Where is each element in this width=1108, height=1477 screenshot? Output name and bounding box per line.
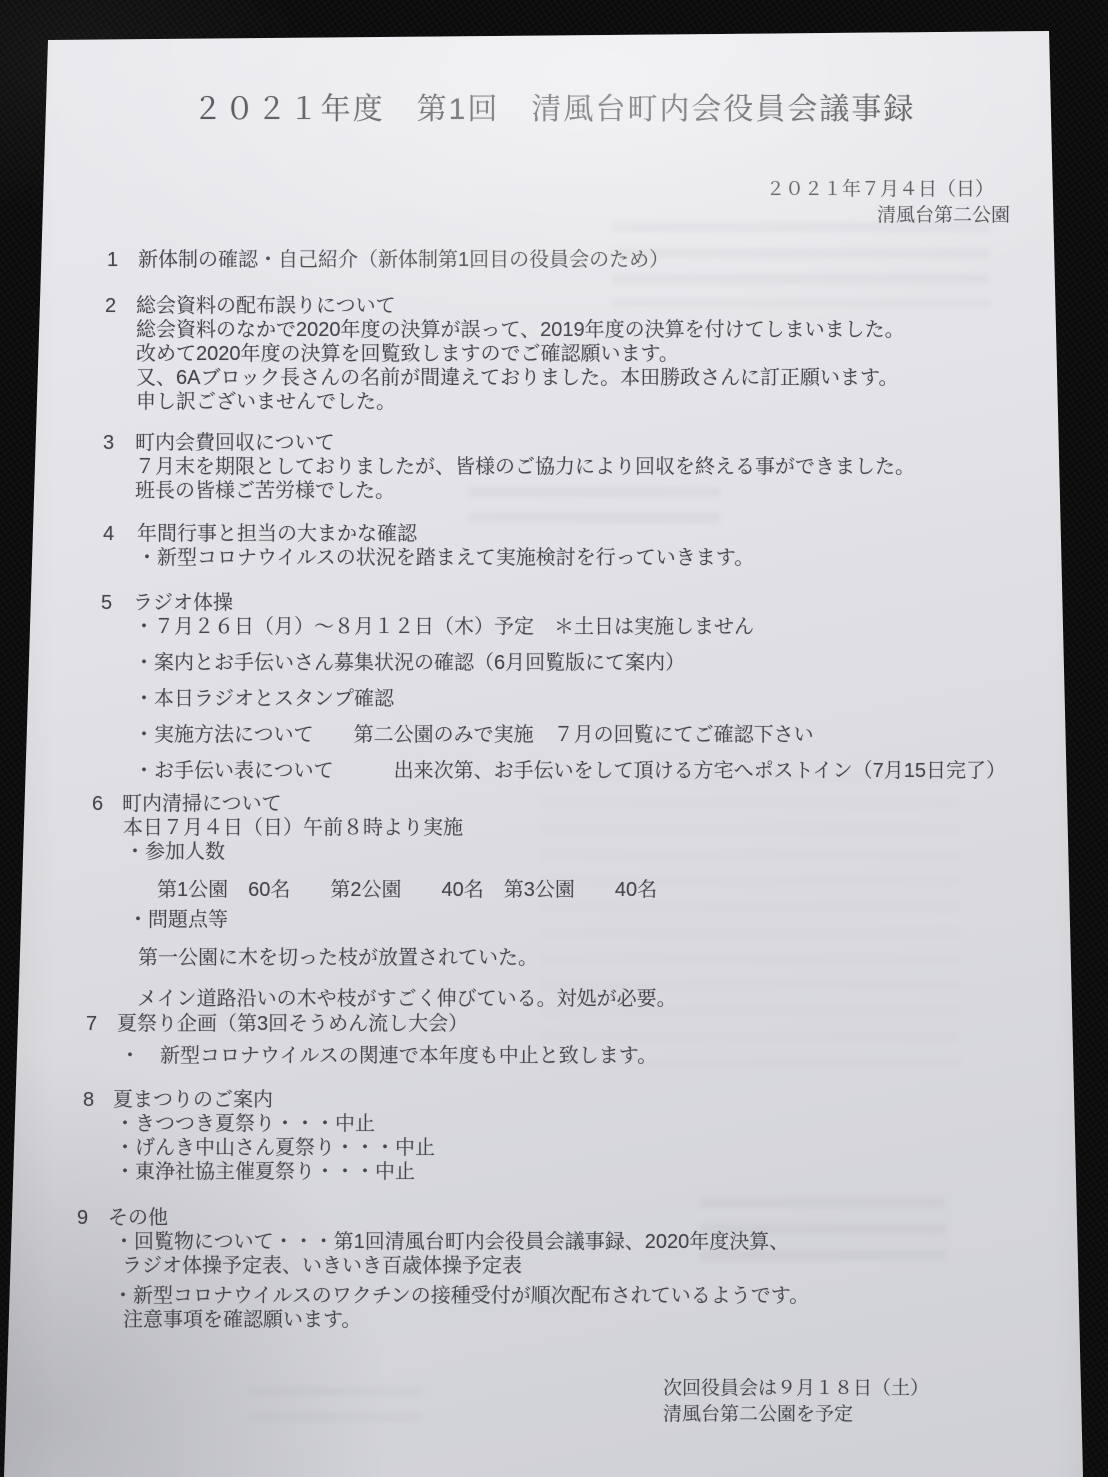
section-number: 8 [83, 1088, 94, 1112]
next-meeting-note: 次回役員会は９月１８日（土） 清風台第二公園を予定 [663, 1376, 929, 1428]
section-line: ・ 新型コロナウイルスの関連で本年度も中止と致します。 [120, 1044, 1026, 1068]
section-line: 第1公園 60名 第2公園 40名 第3公園 40名 [157, 878, 1032, 902]
section-1: 1 新体制の確認・自己紹介（新体制第1回目の役員会のため） [107, 248, 1047, 272]
section-line: ・実施方法について 第二公園のみで実施 ７月の回覧にてご確認下さい [134, 723, 1041, 747]
next-meeting-location: 清風台第二公園を予定 [663, 1402, 929, 1428]
section-number: 7 [86, 1012, 97, 1036]
section-line: ・問題点等 [128, 908, 1032, 932]
section-line: ・案内とお手伝いさん募集状況の確認（6月回覧版にて案内） [134, 651, 1041, 675]
section-title: 夏祭り企画（第3回そうめん流し大会） [117, 1012, 1026, 1036]
section-number: 5 [101, 591, 112, 615]
section-line: ・新型コロナウイルスのワクチンの接種受付が順次配布されているようです。 [113, 1284, 1017, 1308]
section-number: 1 [107, 248, 118, 272]
section-5: 5 ラジオ体操 ・７月２６日（月）～８月１２日（木）予定 ＊土日は実施しません … [101, 591, 1041, 783]
photo-background: ２０２１年度 第1回 清風台町内会役員会議事録 ２０２１年７月４日（日） 清風台… [0, 0, 1108, 1477]
section-line: ・お手伝い表について 出来次第、お手伝いをして頂ける方宅へポストイン（7月15日… [134, 759, 1041, 783]
document-content: ２０２１年度 第1回 清風台町内会役員会議事録 ２０２１年７月４日（日） 清風台… [0, 0, 1108, 1477]
section-line: メイン道路沿いの木や枝がすごく伸びている。対処が必要。 [137, 987, 1032, 1011]
section-line: 総会資料のなかで2020年度の決算が誤って、2019年度の決算を付けてしまいまし… [136, 318, 1045, 342]
section-title: 町内清掃について [122, 792, 1032, 816]
section-line: 班長の皆様ご苦労様でした。 [135, 479, 1043, 503]
section-7: 7 夏祭り企画（第3回そうめん流し大会） ・ 新型コロナウイルスの関連で本年度も… [86, 1012, 1026, 1068]
section-title: 町内会費回収について [135, 431, 1043, 455]
section-title: 夏まつりのご案内 [113, 1088, 1023, 1112]
section-line: 本日７月４日（日）午前８時より実施 [123, 816, 1032, 840]
section-number: 3 [103, 431, 114, 455]
section-title: その他 [108, 1206, 1017, 1230]
section-title: ラジオ体操 [133, 591, 1041, 615]
section-line: 改めて2020年度の決算を回覧致しますのでご確認願います。 [136, 342, 1045, 366]
paper-sheet: ２０２１年度 第1回 清風台町内会役員会議事録 ２０２１年７月４日（日） 清風台… [0, 0, 1108, 1477]
section-line: ・きつつき夏祭り・・・中止 [115, 1112, 1023, 1136]
section-4: 4 年間行事と担当の大まかな確認 ・新型コロナウイルスの状況を踏まえて実施検討を… [103, 522, 1043, 570]
section-line: 又、6Aブロック長さんの名前が間違えておりました。本田勝政さんに訂正願います。 [136, 366, 1045, 390]
meeting-date: ２０２１年７月４日（日） [600, 177, 994, 203]
section-line: ・７月２６日（月）～８月１２日（木）予定 ＊土日は実施しません [134, 615, 1041, 639]
section-9: 9 その他 ・回覧物について・・・第1回清風台町内会役員会議事録、2020年度決… [77, 1206, 1017, 1332]
section-line: ・参加人数 [125, 840, 1032, 864]
section-6: 6 町内清掃について 本日７月４日（日）午前８時より実施 ・参加人数 第1公園 … [92, 792, 1032, 1011]
section-line: 第一公園に木を切った枝が放置されていた。 [138, 946, 1032, 970]
section-8: 8 夏まつりのご案内 ・きつつき夏祭り・・・中止 ・げんき中山さん夏祭り・・・中… [83, 1088, 1023, 1184]
section-number: 6 [92, 792, 103, 816]
meeting-meta: ２０２１年７月４日（日） 清風台第二公園 [600, 177, 1010, 229]
section-line: ７月末を期限としておりましたが、皆様のご協力により回収を終える事ができました。 [135, 455, 1043, 479]
section-line: ・東浄社協主催夏祭り・・・中止 [115, 1160, 1023, 1184]
section-number: 9 [77, 1206, 88, 1230]
section-number: 2 [105, 294, 116, 318]
section-line: 申し訳ございませんでした。 [136, 390, 1045, 414]
section-2: 2 総会資料の配布誤りについて 総会資料のなかで2020年度の決算が誤って、20… [105, 294, 1045, 414]
section-line: 注意事項を確認願います。 [123, 1308, 1017, 1332]
document-title: ２０２１年度 第1回 清風台町内会役員会議事録 [54, 92, 1054, 128]
section-3: 3 町内会費回収について ７月末を期限としておりましたが、皆様のご協力により回収… [103, 431, 1043, 503]
meeting-location: 清風台第二公園 [600, 203, 1010, 229]
section-line: ラジオ体操予定表、いきいき百歳体操予定表 [122, 1254, 1017, 1278]
section-title: 年間行事と担当の大まかな確認 [137, 522, 1043, 546]
section-line: ・回覧物について・・・第1回清風台町内会役員会議事録、2020年度決算、 [114, 1230, 1017, 1254]
section-title: 新体制の確認・自己紹介（新体制第1回目の役員会のため） [138, 248, 1047, 272]
section-line: ・新型コロナウイルスの状況を踏まえて実施検討を行っていきます。 [137, 546, 1043, 570]
section-line: ・げんき中山さん夏祭り・・・中止 [115, 1136, 1023, 1160]
next-meeting-date: 次回役員会は９月１８日（土） [663, 1376, 929, 1402]
section-line: ・本日ラジオとスタンプ確認 [134, 687, 1041, 711]
section-title: 総会資料の配布誤りについて [136, 294, 1045, 318]
section-number: 4 [103, 522, 114, 546]
